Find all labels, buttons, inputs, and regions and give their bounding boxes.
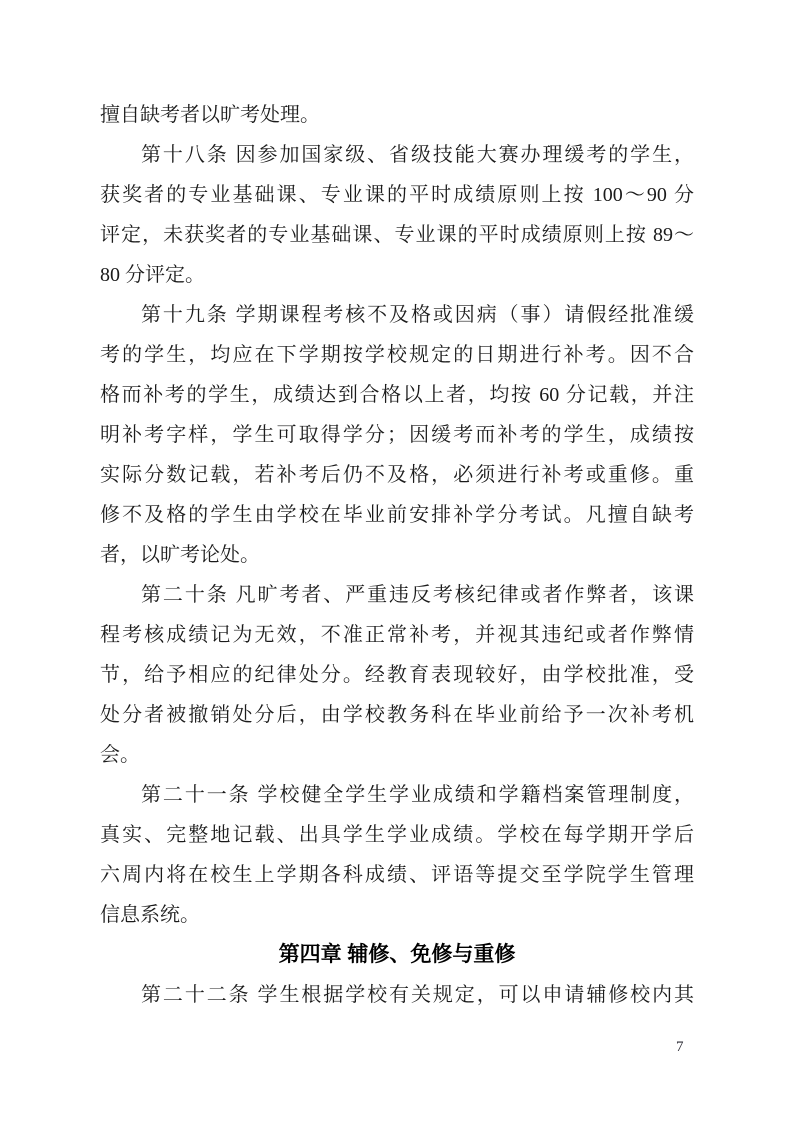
text-line: 信息系统。 <box>100 895 694 935</box>
document-body: 擅自缺考者以旷考处理。第十八条 因参加国家级、省级技能大赛办理缓考的学生，获奖者… <box>100 95 694 1015</box>
text-line: 评定，未获奖者的专业基础课、专业课的平时成绩原则上按 89～ <box>100 215 694 255</box>
text-line: 修不及格的学生由学校在毕业前安排补学分考试。凡擅自缺考 <box>100 495 694 535</box>
text-line: 节，给予相应的纪律处分。经教育表现较好，由学校批准，受 <box>100 655 694 695</box>
text-line: 80 分评定。 <box>100 255 694 295</box>
text-line: 六周内将在校生上学期各科成绩、评语等提交至学院学生管理 <box>100 855 694 895</box>
text-line: 第二十二条 学生根据学校有关规定，可以申请辅修校内其 <box>100 975 694 1015</box>
page-number: 7 <box>676 1036 684 1058</box>
text-line: 第二十条 凡旷考者、严重违反考核纪律或者作弊者，该课 <box>100 575 694 615</box>
text-line: 擅自缺考者以旷考处理。 <box>100 95 694 135</box>
text-line: 第二十一条 学校健全学生学业成绩和学籍档案管理制度， <box>100 775 694 815</box>
text-line: 真实、完整地记载、出具学生学业成绩。学校在每学期开学后 <box>100 815 694 855</box>
text-line: 实际分数记载，若补考后仍不及格，必须进行补考或重修。重 <box>100 455 694 495</box>
text-line: 格而补考的学生，成绩达到合格以上者，均按 60 分记载，并注 <box>100 375 694 415</box>
text-line: 者，以旷考论处。 <box>100 535 694 575</box>
document-page: 擅自缺考者以旷考处理。第十八条 因参加国家级、省级技能大赛办理缓考的学生，获奖者… <box>0 0 794 1124</box>
text-line: 程考核成绩记为无效，不准正常补考，并视其违纪或者作弊情 <box>100 615 694 655</box>
text-line: 第十八条 因参加国家级、省级技能大赛办理缓考的学生， <box>100 135 694 175</box>
text-line: 考的学生，均应在下学期按学校规定的日期进行补考。因不合 <box>100 335 694 375</box>
text-line: 处分者被撤销处分后，由学校教务科在毕业前给予一次补考机 <box>100 695 694 735</box>
text-line: 第十九条 学期课程考核不及格或因病（事）请假经批准缓 <box>100 295 694 335</box>
chapter-heading: 第四章 辅修、免修与重修 <box>100 935 694 975</box>
text-line: 会。 <box>100 735 694 775</box>
text-line: 获奖者的专业基础课、专业课的平时成绩原则上按 100～90 分 <box>100 175 694 215</box>
text-line: 明补考字样，学生可取得学分；因缓考而补考的学生，成绩按 <box>100 415 694 455</box>
